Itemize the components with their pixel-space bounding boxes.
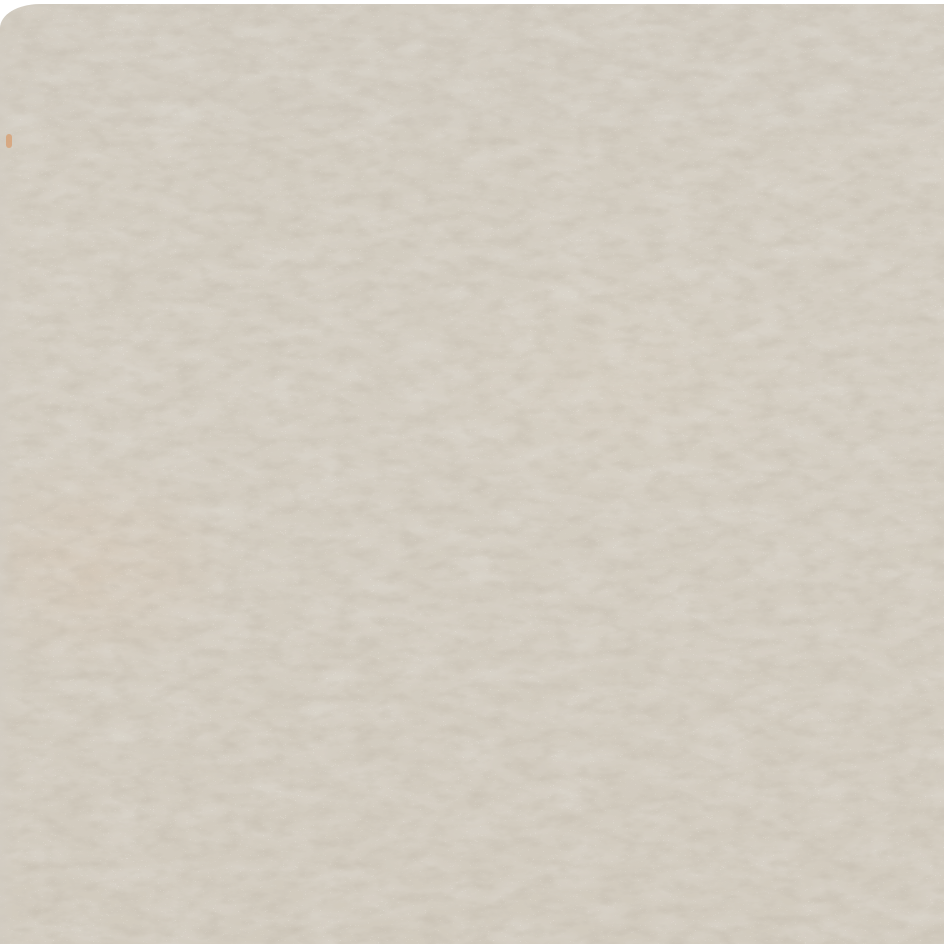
photo-scene: Close-up of a cream shag rug texture [0, 0, 944, 944]
rug-left-edge [0, 34, 14, 944]
rug-texture [0, 4, 944, 944]
image-subject: Close-up of a cream shag rug texture [0, 0, 1, 1]
speck-layer [0, 4, 944, 944]
shag-rug [0, 4, 944, 944]
orange-fleck [6, 134, 12, 148]
